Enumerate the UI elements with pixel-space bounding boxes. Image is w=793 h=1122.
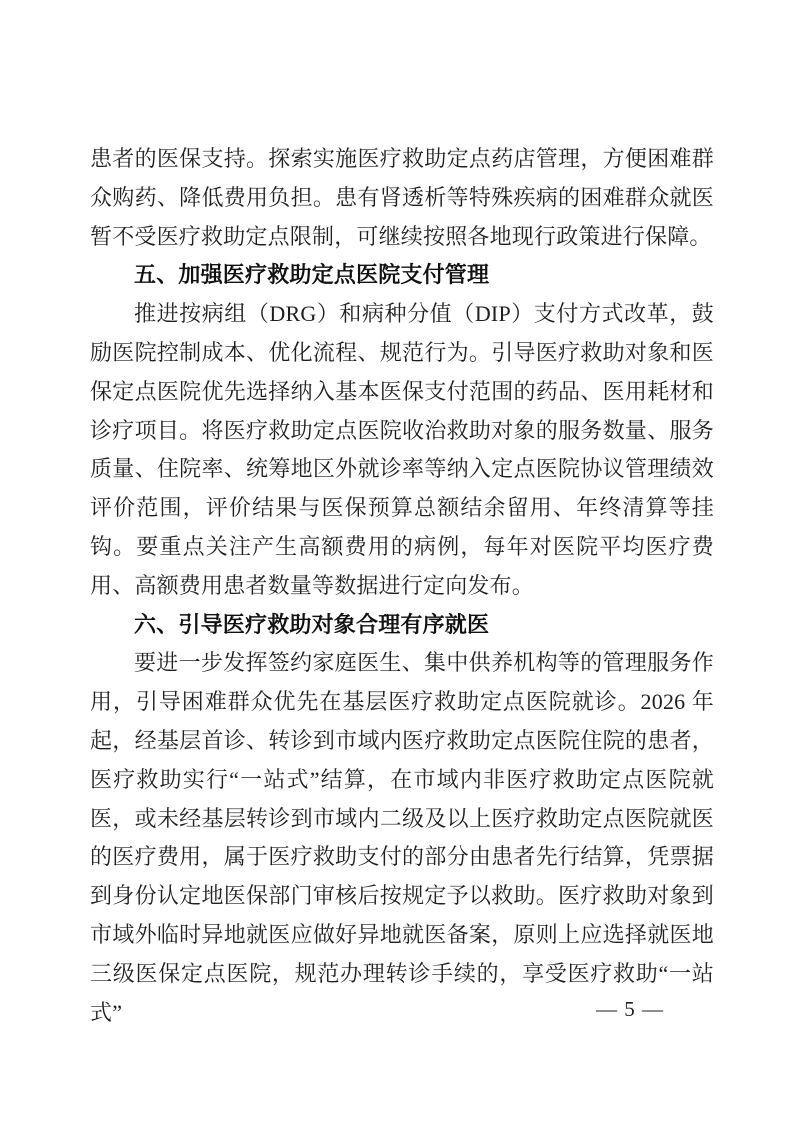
paragraph-section-6: 要进一步发挥签约家庭医生、集中供养机构等的管理服务作用，引导困难群众优先在基层医… (90, 644, 714, 1032)
section-heading-5: 五、加强医疗救助定点医院支付管理 (90, 256, 714, 295)
page-number: — 5 — (555, 997, 705, 1022)
paragraph-continuation: 患者的医保支持。探索实施医疗救助定点药店管理，方便困难群众购药、降低费用负担。患… (90, 140, 714, 256)
section-heading-6: 六、引导医疗救助对象合理有序就医 (90, 606, 714, 645)
document-page: 患者的医保支持。探索实施医疗救助定点药店管理，方便困难群众购药、降低费用负担。患… (0, 0, 793, 1122)
document-body: 患者的医保支持。探索实施医疗救助定点药店管理，方便困难群众购药、降低费用负担。患… (90, 140, 714, 1032)
paragraph-section-5: 推进按病组（DRG）和病种分值（DIP）支付方式改革，鼓励医院控制成本、优化流程… (90, 295, 714, 605)
